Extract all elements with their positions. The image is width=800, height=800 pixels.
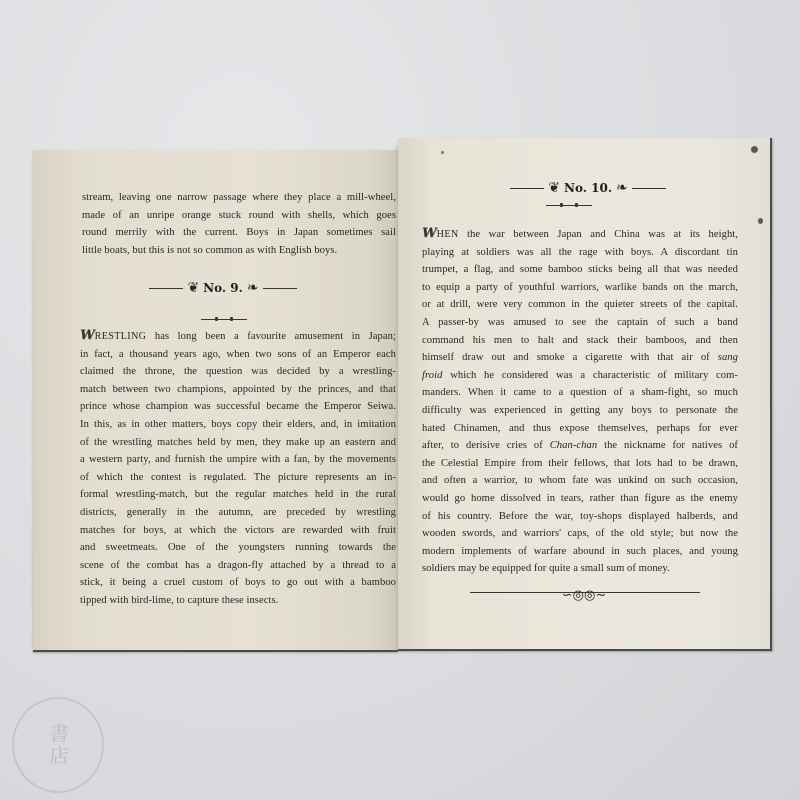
text-line: prince whose champion was successful bec… [80,398,396,416]
heading-rule [632,188,666,189]
flourish-right-icon: ❧ [616,180,628,196]
book-spread: stream, leaving one narrow passage where… [0,0,800,800]
text-line: to equip a party of youthful warriors, w… [422,279,738,297]
text-line: command his men to halt and stack their … [422,332,738,350]
text-line: wooden swords, and warriors' caps, of th… [422,525,738,543]
text-line: a western party, and furnish the umpire … [80,451,396,469]
text-line: of his country. Before the war, toy-shop… [422,508,738,526]
foxing-spot [441,151,444,154]
drop-cap-word: RESTLING [95,331,147,342]
text-line: would go home dissolved in tears, rather… [422,490,738,508]
text-line: match between two champions, appointed b… [80,381,396,399]
italic-phrase: sang [718,352,738,363]
text-line: hated Chinamen, and thus expose themselv… [422,420,738,438]
drop-cap-initial: W [80,328,95,343]
text-line: and often a warrior, to whom fate was un… [422,472,738,490]
heading-rule [263,288,297,289]
right-page: ❦ No. 10. ❧ WHEN the war between Japan a… [398,138,772,651]
text-line: of the wrestling matches held by men, th… [80,434,396,452]
text-line: matches for boys, at which the victors a… [80,522,396,540]
right-page-body-text: WHEN the war between Japan and China was… [422,225,738,578]
heading-rule [510,188,544,189]
text-line: difficulty was experienced in getting an… [422,402,738,420]
text-line: or at drill, were very common in the qui… [422,296,738,314]
flourish-left-icon: ❦ [187,280,199,296]
text-line: playing at soldiers was all the rage wit… [422,244,738,262]
italic-phrase: froid [422,370,442,381]
text-line: little boats, but this is not so common … [82,242,396,260]
ornamental-divider-icon [199,316,249,323]
text-line: trumpet, a flag, and some bamboo sticks … [422,261,738,279]
text-line: modern implements of warfare abound in s… [422,543,738,561]
heading-label: No. 9. [203,281,243,295]
heading-label: No. 10. [564,181,612,195]
drop-cap-initial: W [422,226,437,241]
drop-cap-word: HEN [437,229,459,240]
text-line: the Celestial Empire from their fellows,… [422,455,738,473]
text-line: stick, it being a cruel custom of boys t… [80,574,396,592]
text-line: formal wrestling-match, but the regular … [80,486,396,504]
text-line: in fact, a thousand years ago, when two … [80,346,396,364]
text-line: soldiers may be equipped for quite a sma… [422,560,738,578]
text-line: round merrily with the current. Boys in … [82,224,396,242]
left-page-continuation-text: stream, leaving one narrow passage where… [82,189,396,259]
text-line: tipped with bird-lime, to capture these … [80,592,396,610]
italic-phrase: Chan-chan [550,440,598,451]
watermark-stamp: 書店 [12,697,104,793]
text-line: WRESTLING has long been a favourite amus… [80,327,396,346]
ornamental-divider-icon [544,202,594,209]
flourish-right-icon: ❧ [247,280,259,296]
flourish-left-icon: ❦ [548,180,560,196]
text-line: stream, leaving one narrow passage where… [82,189,396,207]
text-line: In this, as in other matters, boys copy … [80,416,396,434]
text-line: and sweetmeats. One of the youngsters ru… [80,539,396,557]
tailpiece-ornament-icon: ∽◎◎∼ [470,589,700,609]
text-line: claimed the throne, the question was dec… [80,363,396,381]
heading-rule [149,288,183,289]
text-line: of which the contest is regulated. The p… [80,469,396,487]
text-line: A passer-by was amused to see the captai… [422,314,738,332]
left-page-body-text: WRESTLING has long been a favourite amus… [80,327,396,610]
text-line: made of an unripe orange stuck round wit… [82,207,396,225]
text-line: manders. When it came to a question of a… [422,384,738,402]
text-line: scene of the combat has a dragon-fly att… [80,557,396,575]
text-line: after, to derisive cries of Chan-chan th… [422,437,738,455]
foxing-spot [758,218,763,224]
left-page: stream, leaving one narrow passage where… [33,150,398,652]
section-heading-no-9: ❦ No. 9. ❧ [143,280,303,296]
text-line: WHEN the war between Japan and China was… [422,225,738,244]
text-line: districts, generally in the autumn, are … [80,504,396,522]
text-line: froid which he considered was a characte… [422,367,738,385]
section-heading-no-10: ❦ No. 10. ❧ [483,180,693,196]
text-line: himself draw out and smoke a cigarette w… [422,349,738,367]
foxing-spot [751,146,758,153]
